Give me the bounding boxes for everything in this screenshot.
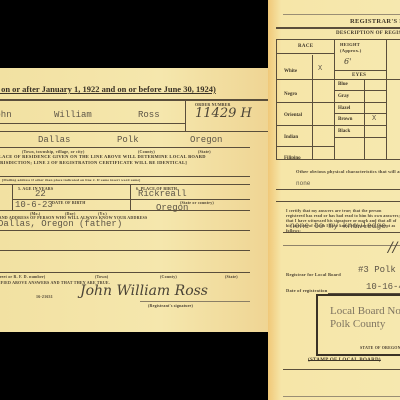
jurisdiction-notice: [PLACE OF RESIDENCE GIVEN ON THE LINE AB… [0,154,244,166]
eye-gray: Gray [338,94,349,99]
employer-street-label: (Number and street or R. F. D. number) [0,274,45,279]
first-name: John [0,110,12,120]
mailing-address-label: [Mailing address if other than place ind… [2,178,140,182]
height-value: 6' [344,57,351,66]
registrar-value: #3 Polk [358,265,396,275]
height-header: HEIGHT (Approx.) [340,42,380,54]
birthplace-value: Rickreall [138,189,187,199]
residence-state: Oregon [190,135,222,145]
eye-brown: Brown [338,117,352,122]
stamp-line-3: STATE OF OREGON [360,345,400,350]
eye-hazel: Hazel [338,106,350,111]
dob-value: 10-6-23 [15,200,53,210]
other-marks-value: none [296,180,310,187]
stamp-line-2: Polk County [330,318,385,330]
registrar-signature: // [388,240,397,256]
race-oriental: Oriental [284,113,302,118]
dob-label: DATE OF BIRTH [52,200,86,205]
contact-value: Dallas, Oregon (father) [0,219,122,229]
residence-county: Polk [117,135,139,145]
birth-state-value: Oregon [156,203,188,213]
other-marks-label: Other obvious physical characteristics t… [296,169,400,174]
eye-brown-mark: X [372,115,376,123]
eye-black: Black [338,129,350,134]
signature-label: (Registrant's signature) [148,303,193,308]
registration-card-front: (Men born on or after January 1, 1922 an… [0,68,268,332]
employer-state-label: (State) [225,274,238,279]
certify-value: none to my knowledge [290,222,386,231]
race-white: White [284,69,297,74]
eye-blue: Blue [338,82,348,87]
order-number: 11429 H [195,106,252,121]
registrant-signature: John William Ross [80,283,208,299]
employer-county-label: (County) [160,274,177,279]
report-title: REGISTRAR'S REPORT [350,18,400,25]
report-subtitle: DESCRIPTION OF REGISTRANT [336,31,400,36]
eyes-header: EYES [352,73,366,78]
registrars-report-card: REGISTRAR'S REPORT DESCRIPTION OF REGIST… [268,0,400,400]
registrar-label: Registrar for Local Board [286,272,341,277]
form-number: 16-21631 [36,294,53,299]
registration-date: 10-16-45 [366,282,400,292]
residence-city: Dallas [38,135,70,145]
race-indian: Indian [284,135,298,140]
last-name: Ross [138,110,160,120]
stamp-footer: (STAMP OF LOCAL BOARD) [308,358,381,363]
race-white-mark: X [318,65,322,73]
race-header: RACE [298,44,313,49]
registration-date-label: Date of registration [286,288,327,293]
card-header: (Men born on or after January 1, 1922 an… [0,84,228,98]
middle-name: William [54,110,92,120]
stamp-line-1: Local Board No. [330,305,400,317]
race-negro: Negro [284,92,297,97]
employer-town-label: (Town) [95,274,108,279]
age-value: 22 [35,189,46,199]
